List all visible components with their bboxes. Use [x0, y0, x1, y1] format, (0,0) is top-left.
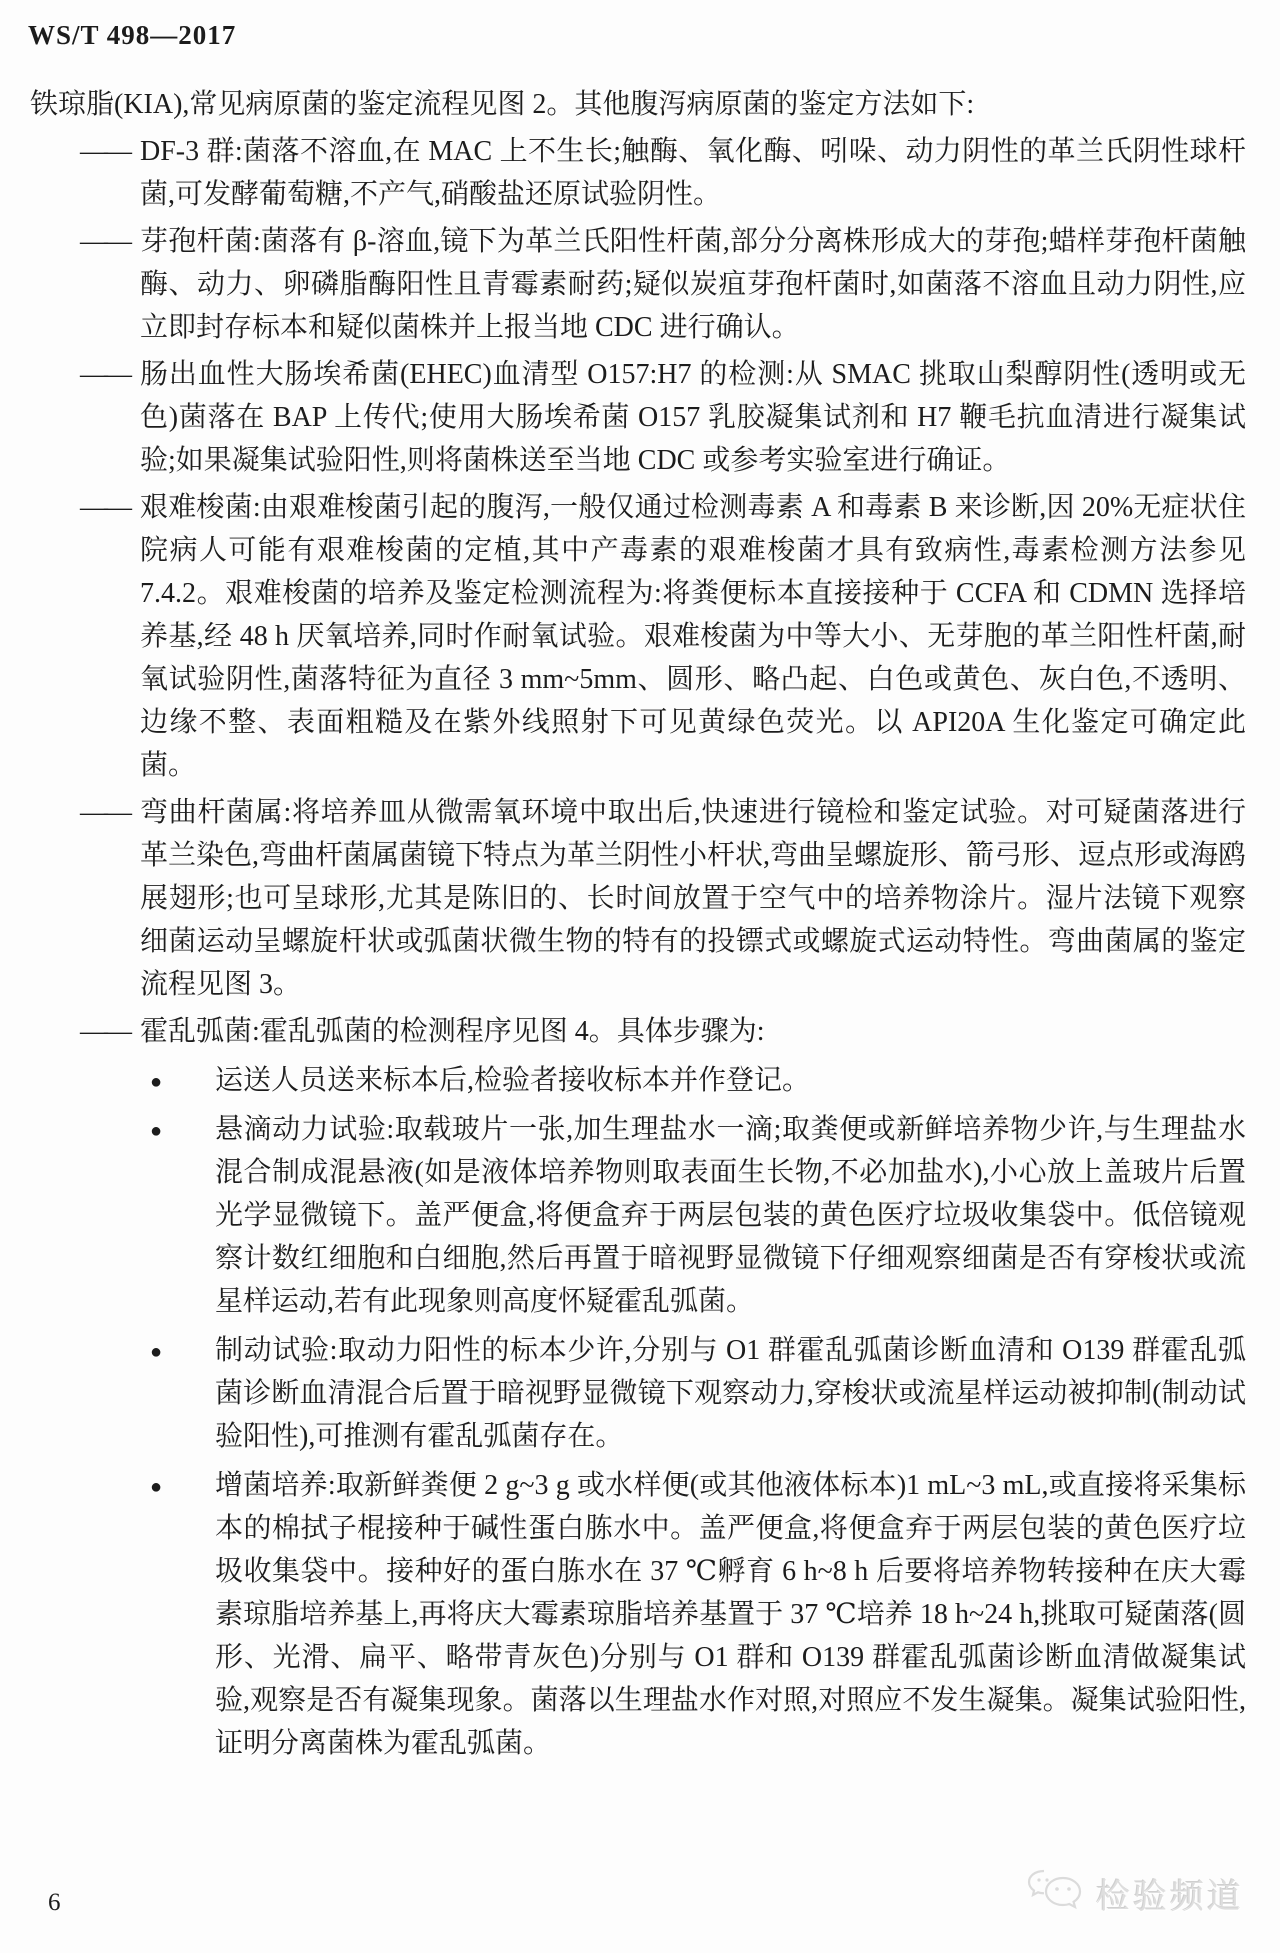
bullet-icon: ● — [150, 1061, 162, 1104]
watermark: 检验频道 — [1024, 1868, 1244, 1919]
list-item-text: 弯曲杆菌属:将培养皿从微需氧环境中取出后,快速进行镜检和鉴定试验。对可疑菌落进行… — [140, 797, 1246, 1000]
bullet-icon: ● — [150, 1331, 162, 1374]
list-item-text: 霍乱弧菌:霍乱弧菌的检测程序见图 4。具体步骤为: — [140, 1016, 765, 1047]
document-body: 铁琼脂(KIA),常见病原菌的鉴定流程见图 2。其他腹泻病原菌的鉴定方法如下: … — [30, 83, 1246, 1765]
bullet-icon: ● — [150, 1466, 162, 1509]
standard-number: WS/T 498—2017 — [0, 0, 1280, 51]
list-item-text: 增菌培养:取新鲜粪便 2 g~3 g 或水样便(或其他液体标本)1 mL~3 m… — [215, 1470, 1246, 1759]
list-item-text: 悬滴动力试验:取载玻片一张,加生理盐水一滴;取粪便或新鲜培养物少许,与生理盐水混… — [215, 1114, 1246, 1317]
list-item-bacillus: —— 芽孢杆菌:菌落有 β-溶血,镜下为革兰氏阳性杆菌,部分分离株形成大的芽孢;… — [30, 220, 1246, 349]
list-item-text: 制动试验:取动力阳性的标本少许,分别与 O1 群霍乱弧菌诊断血清和 O139 群… — [215, 1335, 1246, 1452]
dash-marker: —— — [80, 486, 128, 529]
list-item-step-registration: ● 运送人员送来标本后,检验者接收标本并作登记。 — [30, 1059, 1246, 1102]
watermark-label: 检验频道 — [1096, 1869, 1244, 1918]
list-item-df3-group: —— DF-3 群:菌落不溶血,在 MAC 上不生长;触酶、氧化酶、吲哚、动力阴… — [30, 130, 1246, 216]
dash-marker: —— — [80, 791, 128, 834]
list-item-text: 芽孢杆菌:菌落有 β-溶血,镜下为革兰氏阳性杆菌,部分分离株形成大的芽孢;蜡样芽… — [140, 226, 1246, 343]
list-item-v-cholerae: —— 霍乱弧菌:霍乱弧菌的检测程序见图 4。具体步骤为: — [30, 1010, 1246, 1053]
page-number: 6 — [48, 1889, 61, 1917]
document-page: WS/T 498—2017 铁琼脂(KIA),常见病原菌的鉴定流程见图 2。其他… — [0, 0, 1280, 1953]
paragraph-intro: 铁琼脂(KIA),常见病原菌的鉴定流程见图 2。其他腹泻病原菌的鉴定方法如下: — [30, 83, 1246, 126]
dash-marker: —— — [80, 353, 128, 396]
dash-marker: —— — [80, 1010, 128, 1053]
list-item-step-hanging-drop: ● 悬滴动力试验:取载玻片一张,加生理盐水一滴;取粪便或新鲜培养物少许,与生理盐… — [30, 1108, 1246, 1323]
list-item-text: 艰难梭菌:由艰难梭菌引起的腹泻,一般仅通过检测毒素 A 和毒素 B 来诊断,因 … — [140, 492, 1246, 781]
cholera-steps-list: ● 运送人员送来标本后,检验者接收标本并作登记。 ● 悬滴动力试验:取载玻片一张… — [30, 1059, 1246, 1765]
list-item-step-enrichment: ● 增菌培养:取新鲜粪便 2 g~3 g 或水样便(或其他液体标本)1 mL~3… — [30, 1464, 1246, 1765]
list-item-text: 肠出血性大肠埃希菌(EHEC)血清型 O157:H7 的检测:从 SMAC 挑取… — [140, 359, 1246, 476]
list-item-text: 运送人员送来标本后,检验者接收标本并作登记。 — [215, 1065, 810, 1096]
list-item-ehec: —— 肠出血性大肠埃希菌(EHEC)血清型 O157:H7 的检测:从 SMAC… — [30, 353, 1246, 482]
bullet-icon: ● — [150, 1110, 162, 1153]
list-item-campylobacter: —— 弯曲杆菌属:将培养皿从微需氧环境中取出后,快速进行镜检和鉴定试验。对可疑菌… — [30, 791, 1246, 1006]
list-item-text: DF-3 群:菌落不溶血,在 MAC 上不生长;触酶、氧化酶、吲哚、动力阴性的革… — [140, 136, 1246, 210]
list-item-c-difficile: —— 艰难梭菌:由艰难梭菌引起的腹泻,一般仅通过检测毒素 A 和毒素 B 来诊断… — [30, 486, 1246, 787]
dash-marker: —— — [80, 130, 128, 173]
dash-marker: —— — [80, 220, 128, 263]
list-item-step-immobilization: ● 制动试验:取动力阳性的标本少许,分别与 O1 群霍乱弧菌诊断血清和 O139… — [30, 1329, 1246, 1458]
wechat-logo-icon — [1024, 1868, 1086, 1919]
